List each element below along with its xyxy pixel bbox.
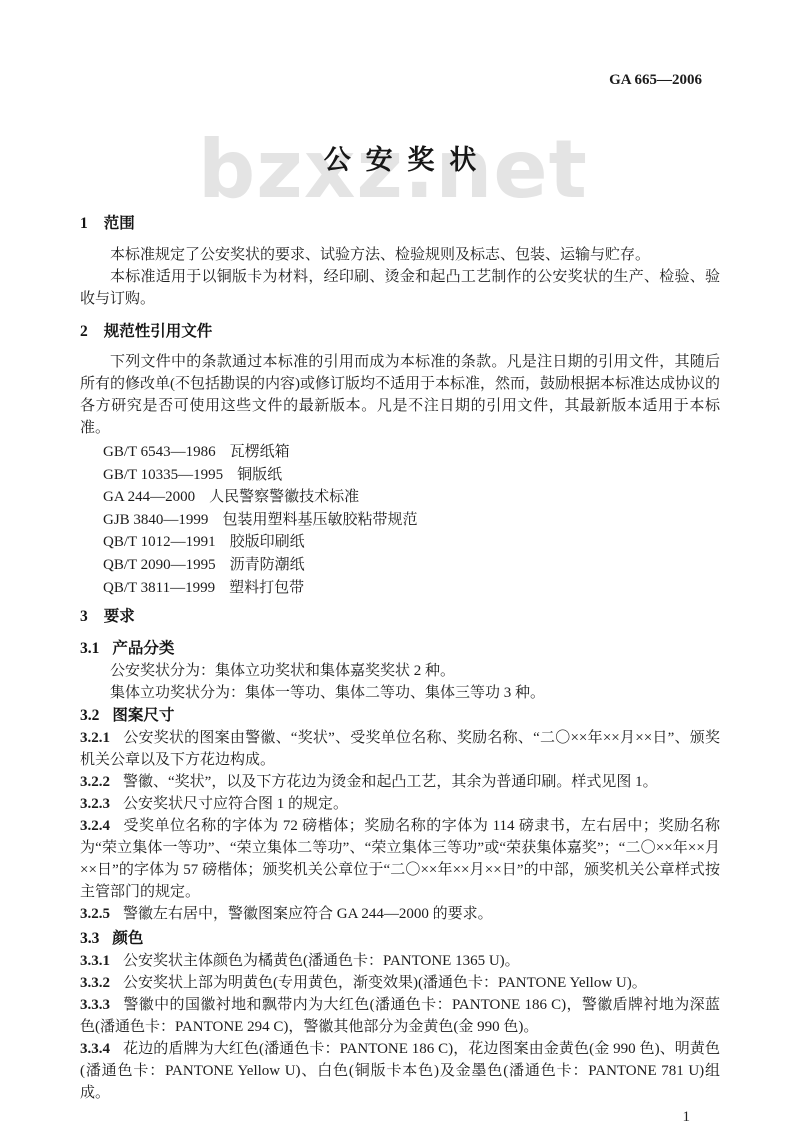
- clause-number: 3.3.1: [80, 953, 110, 969]
- reference-item: GB/T 6543—1986瓦楞纸箱: [103, 441, 720, 464]
- normative-references-paragraph: 下列文件中的条款通过本标准的引用而成为本标准的条款。凡是注日期的引用文件，其随后…: [80, 351, 720, 439]
- clause-text: 受奖单位名称的字体为 72 磅楷体；奖励名称的字体为 114 磅隶书，左右居中；…: [80, 818, 720, 900]
- section-title: 要求: [104, 608, 135, 625]
- reference-code: QB/T 1012—1991: [103, 534, 216, 550]
- subsection-heading-pattern-dimensions: 3.2图案尺寸: [80, 705, 720, 727]
- reference-name: 胶版印刷纸: [230, 534, 305, 550]
- subsection-heading-product-classification: 3.1产品分类: [80, 638, 720, 660]
- reference-name: 包装用塑料基压敏胶粘带规范: [222, 512, 417, 528]
- clause: 3.3.3警徽中的国徽衬地和飘带内为大红色(潘通色卡：PANTONE 186 C…: [80, 994, 720, 1038]
- clause-text: 警徽、“奖状”，以及下方花边为烫金和起凸工艺，其余为普通印刷。样式见图 1。: [123, 774, 658, 790]
- page-content: GA 665—2006 公安奖状 1范围 本标准规定了公安奖状的要求、试验方法、…: [0, 0, 800, 1128]
- page-number: 1: [80, 1106, 720, 1128]
- reference-name: 塑料打包带: [229, 580, 304, 596]
- section-number: 3: [80, 608, 88, 625]
- clause-text: 公安奖状上部为明黄色(专用黄色，渐变效果)(潘通色卡：PANTONE Yello…: [123, 975, 647, 991]
- scope-paragraph-2: 本标准适用于以铜版卡为材料，经印刷、烫金和起凸工艺制作的公安奖状的生产、检验、验…: [80, 266, 720, 310]
- section-heading-normative-references: 2规范性引用文件: [80, 321, 720, 343]
- clause: 3.3.4花边的盾牌为大红色(潘通色卡：PANTONE 186 C)，花边图案由…: [80, 1038, 720, 1104]
- reference-code: GA 244—2000: [103, 489, 195, 505]
- clause-number: 3.2.3: [80, 796, 110, 812]
- clause-text: 公安奖状主体颜色为橘黄色(潘通色卡：PANTONE 1365 U)。: [123, 953, 520, 969]
- clause: 3.2.4受奖单位名称的字体为 72 磅楷体；奖励名称的字体为 114 磅隶书，…: [80, 815, 720, 903]
- reference-code: QB/T 2090—1995: [103, 557, 216, 573]
- standard-code: GA 665—2006: [80, 0, 720, 90]
- reference-name: 人民警察警徽技术标准: [209, 489, 359, 505]
- reference-code: GJB 3840—1999: [103, 512, 208, 528]
- reference-item: GB/T 10335—1995铜版纸: [103, 464, 720, 487]
- clause-text: 警徽左右居中，警徽图案应符合 GA 244—2000 的要求。: [123, 906, 493, 922]
- subsection-title: 图案尺寸: [112, 707, 174, 724]
- reference-list: GB/T 6543—1986瓦楞纸箱 GB/T 10335—1995铜版纸 GA…: [80, 441, 720, 599]
- clause-number: 3.3.2: [80, 975, 110, 991]
- clause-text: 花边的盾牌为大红色(潘通色卡：PANTONE 186 C)，花边图案由金黄色(金…: [80, 1041, 720, 1101]
- clause: 3.2.5警徽左右居中，警徽图案应符合 GA 244—2000 的要求。: [80, 903, 720, 925]
- subsection-number: 3.2: [80, 707, 99, 724]
- reference-item: QB/T 1012—1991胶版印刷纸: [103, 531, 720, 554]
- section-title: 规范性引用文件: [104, 323, 213, 340]
- reference-code: GB/T 6543—1986: [103, 444, 216, 460]
- reference-item: GA 244—2000人民警察警徽技术标准: [103, 486, 720, 509]
- section-number: 2: [80, 323, 88, 340]
- section-heading-scope: 1范围: [80, 213, 720, 235]
- reference-code: QB/T 3811—1999: [103, 580, 215, 596]
- document-page: bzxz.net GA 665—2006 公安奖状 1范围 本标准规定了公安奖状…: [0, 0, 800, 1144]
- clause: 3.3.1公安奖状主体颜色为橘黄色(潘通色卡：PANTONE 1365 U)。: [80, 950, 720, 972]
- clause-number: 3.2.5: [80, 906, 110, 922]
- clause-number: 3.3.3: [80, 997, 110, 1013]
- clause-number: 3.2.4: [80, 818, 110, 834]
- clause-number: 3.2.2: [80, 774, 110, 790]
- classification-paragraph-1: 公安奖状分为：集体立功奖状和集体嘉奖奖状 2 种。: [80, 660, 720, 682]
- classification-paragraph-2: 集体立功奖状分为：集体一等功、集体二等功、集体三等功 3 种。: [80, 682, 720, 704]
- reference-item: GJB 3840—1999包装用塑料基压敏胶粘带规范: [103, 509, 720, 532]
- section-title: 范围: [104, 215, 135, 232]
- clause: 3.2.2警徽、“奖状”，以及下方花边为烫金和起凸工艺，其余为普通印刷。样式见图…: [80, 771, 720, 793]
- subsection-heading-colors: 3.3颜色: [80, 928, 720, 950]
- subsection-title: 颜色: [112, 930, 143, 947]
- reference-name: 沥青防潮纸: [230, 557, 305, 573]
- document-title: 公安奖状: [80, 142, 720, 178]
- reference-item: QB/T 3811—1999塑料打包带: [103, 577, 720, 600]
- clause: 3.3.2公安奖状上部为明黄色(专用黄色，渐变效果)(潘通色卡：PANTONE …: [80, 972, 720, 994]
- reference-name: 瓦楞纸箱: [230, 444, 290, 460]
- clause: 3.2.3公安奖状尺寸应符合图 1 的规定。: [80, 793, 720, 815]
- clause: 3.2.1公安奖状的图案由警徽、“奖状”、受奖单位名称、奖励名称、“二〇××年×…: [80, 727, 720, 771]
- scope-paragraph-1: 本标准规定了公安奖状的要求、试验方法、检验规则及标志、包装、运输与贮存。: [80, 244, 720, 266]
- subsection-number: 3.3: [80, 930, 99, 947]
- clause-text: 公安奖状尺寸应符合图 1 的规定。: [123, 796, 348, 812]
- clause-number: 3.3.4: [80, 1041, 110, 1057]
- reference-code: GB/T 10335—1995: [103, 467, 223, 483]
- clause-number: 3.2.1: [80, 730, 110, 746]
- reference-name: 铜版纸: [237, 467, 282, 483]
- reference-item: QB/T 2090—1995沥青防潮纸: [103, 554, 720, 577]
- section-number: 1: [80, 215, 88, 232]
- clause-text: 警徽中的国徽衬地和飘带内为大红色(潘通色卡：PANTONE 186 C)，警徽盾…: [80, 997, 720, 1035]
- subsection-number: 3.1: [80, 640, 99, 657]
- clause-text: 公安奖状的图案由警徽、“奖状”、受奖单位名称、奖励名称、“二〇××年××月××日…: [80, 730, 720, 768]
- section-heading-requirements: 3要求: [80, 606, 720, 628]
- subsection-title: 产品分类: [112, 640, 174, 657]
